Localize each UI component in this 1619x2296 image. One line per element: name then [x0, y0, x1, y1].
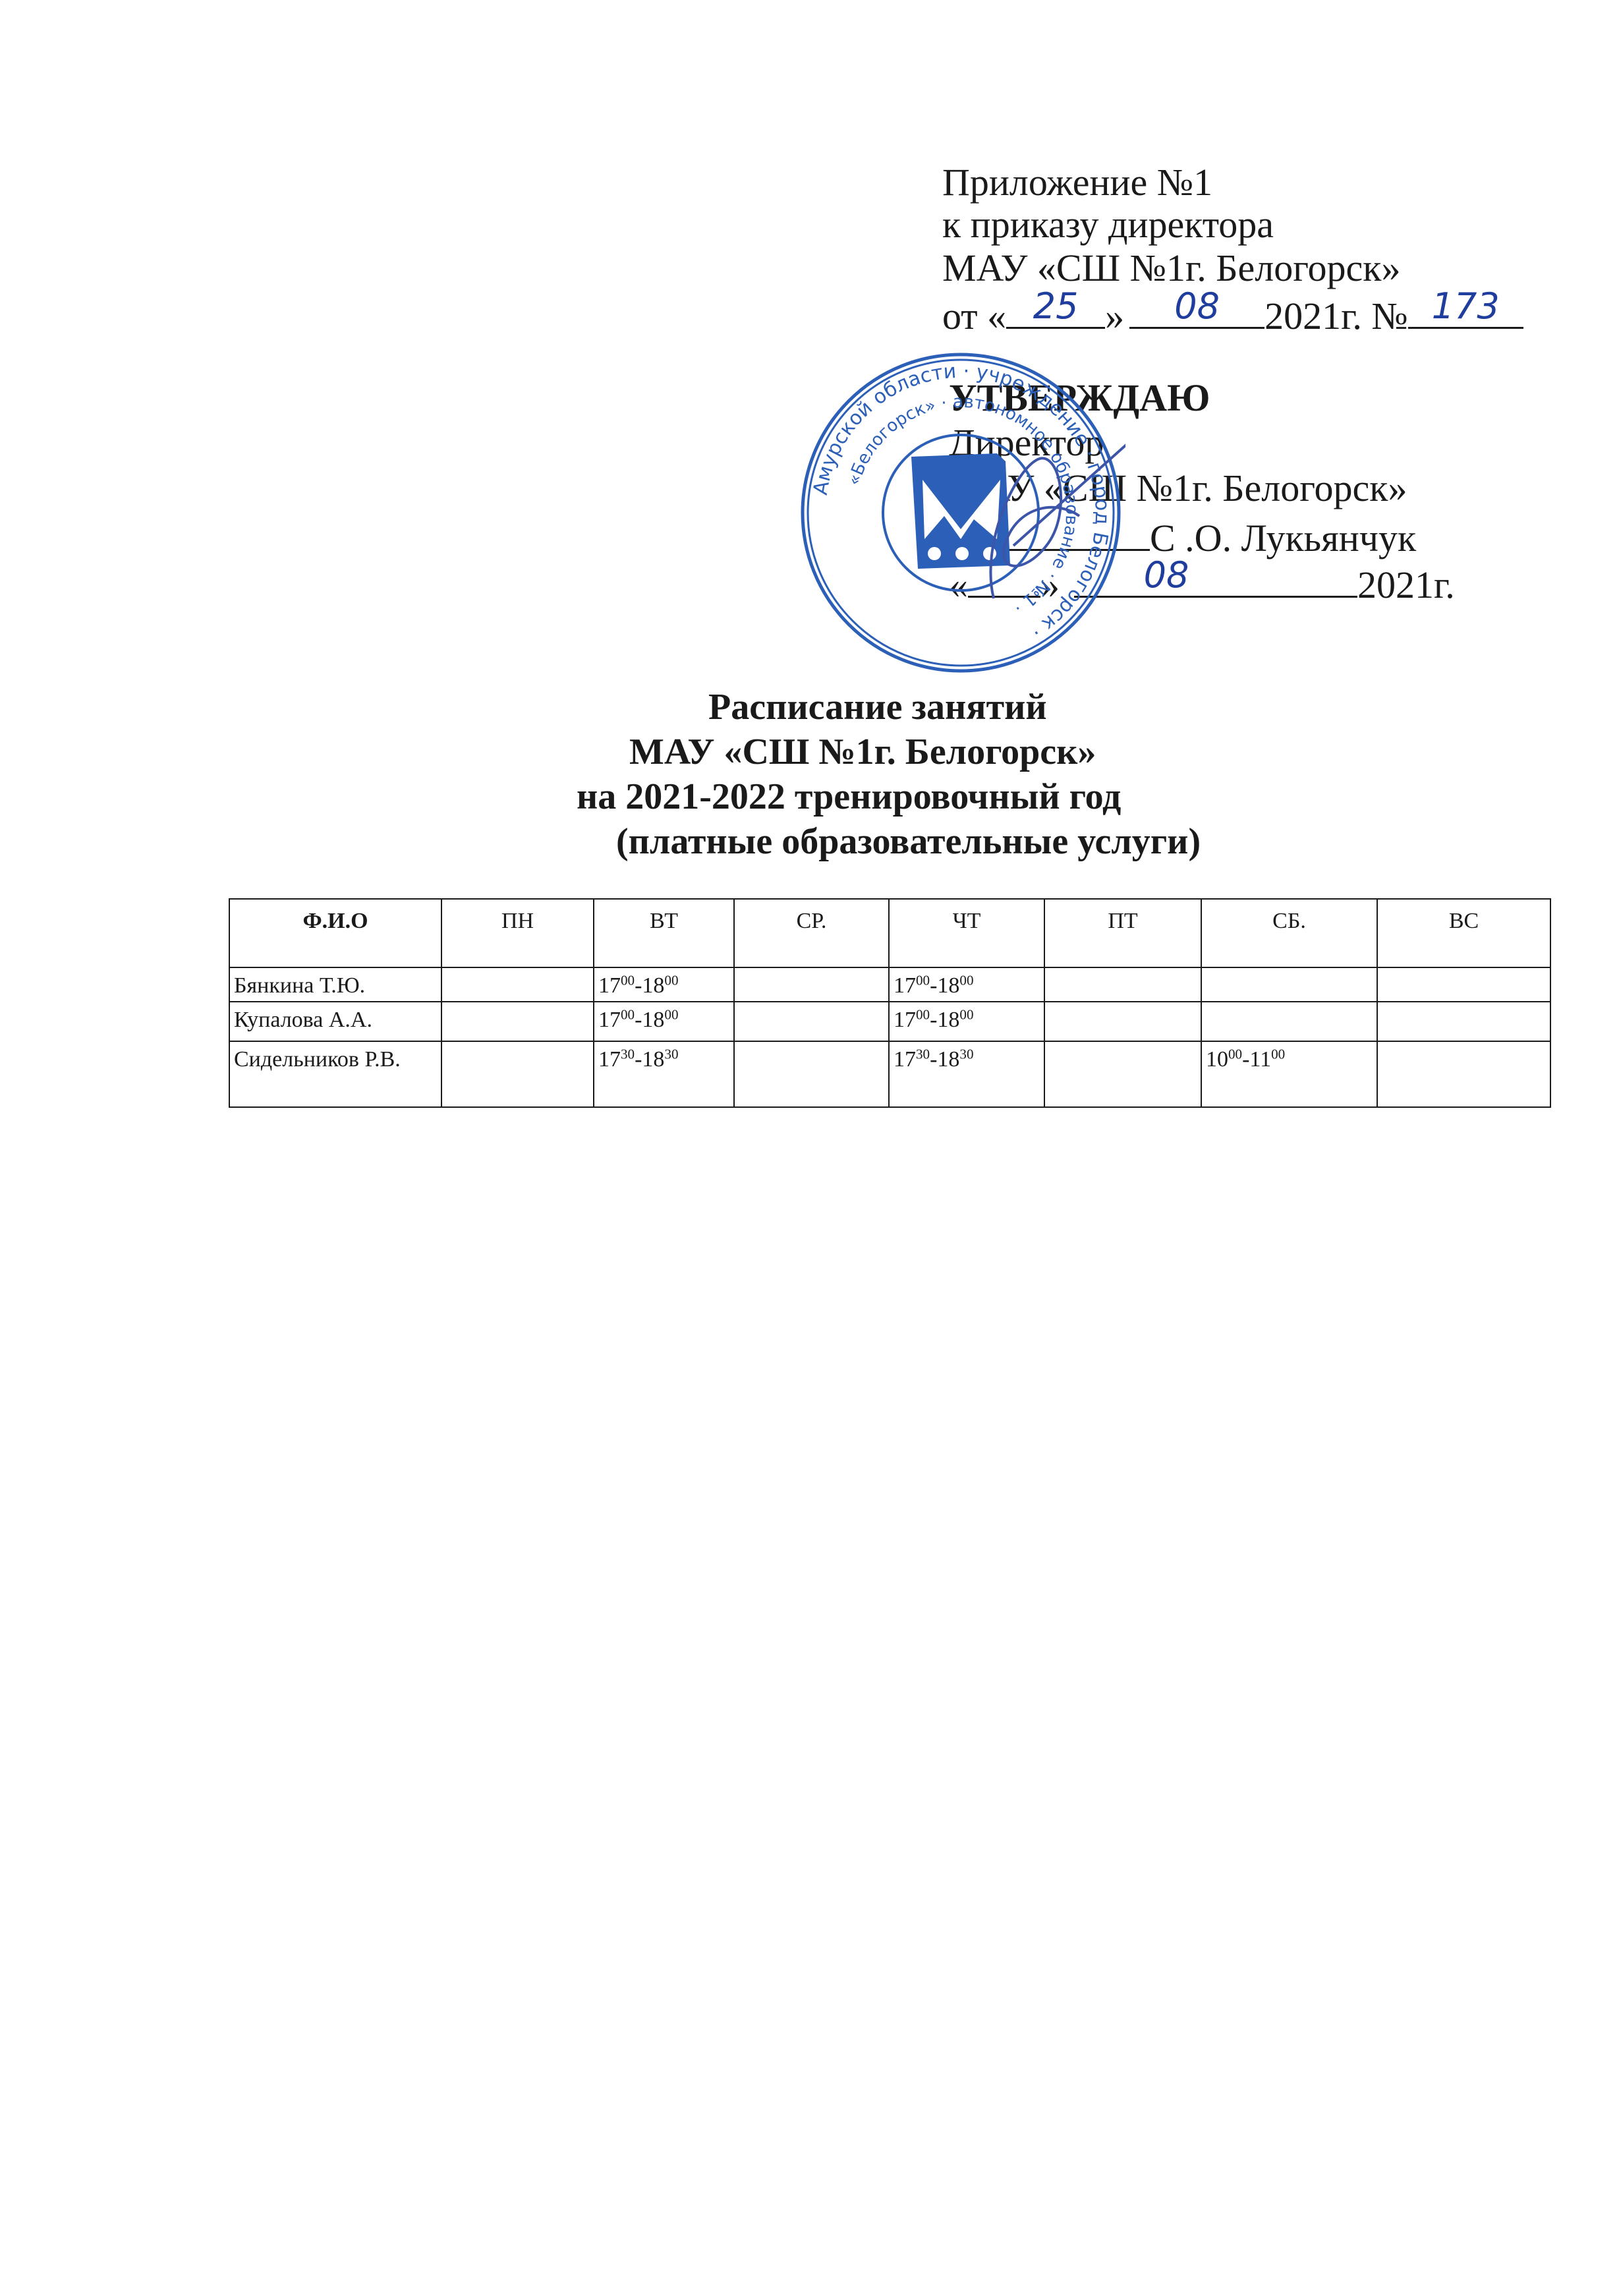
schedule-cell: 1700-1800: [594, 967, 734, 1002]
table-row: Купалова А.А.1700-18001700-1800: [229, 1002, 1550, 1041]
column-header: СБ.: [1201, 899, 1377, 967]
appendix-line3: МАУ «СШ №1г. Белогорск»: [942, 249, 1400, 287]
schedule-cell: [1044, 967, 1201, 1002]
trainer-name-cell: Бянкина Т.Ю.: [229, 967, 441, 1002]
schedule-cell: 1700-1800: [889, 967, 1044, 1002]
schedule-cell: [1201, 967, 1377, 1002]
schedule-table: Ф.И.ОПНВТСР.ЧТПТСБ.ВС Бянкина Т.Ю.1700-1…: [229, 898, 1551, 1108]
title-line1: Расписание занятий: [708, 689, 1047, 726]
trainer-name-cell: Купалова А.А.: [229, 1002, 441, 1041]
coat-of-arms-icon: [911, 453, 1010, 569]
column-header: СР.: [734, 899, 889, 967]
title-line2: МАУ «СШ №1г. Белогорск»: [629, 733, 1096, 770]
schedule-cell: [1377, 1002, 1550, 1041]
schedule-cell: 1700-1800: [594, 1002, 734, 1041]
column-header: Ф.И.О: [229, 899, 441, 967]
schedule-cell: 1730-1830: [594, 1041, 734, 1107]
appendix-line1: Приложение №1: [942, 163, 1212, 202]
order-day-handwritten: 25: [1006, 289, 1105, 324]
date-year: 2021г.: [1357, 563, 1455, 606]
schedule-cell: [441, 1041, 594, 1107]
title-line3: на 2021-2022 тренировочный год: [577, 778, 1121, 815]
order-month-handwritten: 08: [1129, 289, 1264, 324]
schedule-cell: [734, 1002, 889, 1041]
order-number-field: 173: [1408, 293, 1523, 329]
order-day-field: 25: [1006, 293, 1105, 329]
order-year: 2021г. №: [1264, 295, 1408, 337]
table-header-row: Ф.И.ОПНВТСР.ЧТПТСБ.ВС: [229, 899, 1550, 967]
schedule-cell: [441, 967, 594, 1002]
column-header: ВТ: [594, 899, 734, 967]
appendix-order-line: от «25»082021г. №173: [942, 293, 1523, 335]
schedule-cell: [1377, 1041, 1550, 1107]
appendix-line2: к приказу директора: [942, 206, 1274, 244]
order-mid: »: [1105, 295, 1124, 337]
schedule-cell: 1730-1830: [889, 1041, 1044, 1107]
schedule-cell: 1700-1800: [889, 1002, 1044, 1041]
trainer-name-cell: Сидельников Р.В.: [229, 1041, 441, 1107]
schedule-cell: [1201, 1002, 1377, 1041]
schedule-cell: [1377, 967, 1550, 1002]
official-stamp-icon: Амурской области · учреждение · город Бе…: [796, 348, 1125, 677]
column-header: ПТ: [1044, 899, 1201, 967]
column-header: ПН: [441, 899, 594, 967]
schedule-cell: [1044, 1041, 1201, 1107]
schedule-cell: [734, 1041, 889, 1107]
signatory-name: С .О. Лукьянчук: [1150, 517, 1416, 560]
column-header: ВС: [1377, 899, 1550, 967]
schedule-cell: [1044, 1002, 1201, 1041]
order-prefix: от «: [942, 295, 1006, 337]
table-row: Сидельников Р.В.1730-18301730-18301000-1…: [229, 1041, 1550, 1107]
table-row: Бянкина Т.Ю.1700-18001700-1800: [229, 967, 1550, 1002]
schedule-cell: [734, 967, 889, 1002]
title-line4: (платные образовательные услуги): [616, 823, 1201, 860]
column-header: ЧТ: [889, 899, 1044, 967]
order-number-handwritten: 173: [1408, 289, 1523, 324]
order-month-field: 08: [1129, 293, 1264, 329]
schedule-cell: 1000-1100: [1201, 1041, 1377, 1107]
schedule-cell: [441, 1002, 594, 1041]
